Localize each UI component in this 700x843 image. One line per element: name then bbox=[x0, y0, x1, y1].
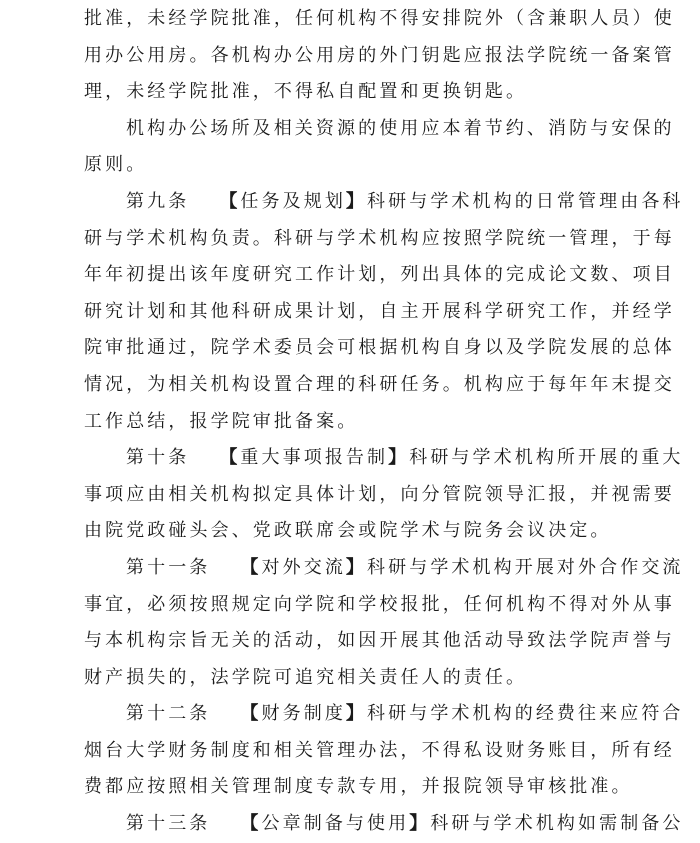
article-13: 第十三条【公章制备与使用】科研与学术机构如需制备公 bbox=[84, 806, 620, 843]
bracket-open: 【 bbox=[219, 191, 240, 212]
article-number: 第十条 bbox=[126, 447, 189, 468]
article-title: 重大事项报告制 bbox=[240, 447, 388, 468]
bracket-close: 】 bbox=[346, 703, 367, 724]
article-title: 任务及规划 bbox=[240, 191, 346, 212]
bracket-open: 【 bbox=[219, 447, 240, 468]
article-text: 科研与学术机构开展对外合作交流 bbox=[367, 557, 684, 578]
text-line: 研与学术机构负责。科研与学术机构应按照学院统一管理，于每 bbox=[84, 221, 620, 258]
article-title: 公章制备与使用 bbox=[262, 813, 410, 834]
article-title: 财务制度 bbox=[262, 703, 346, 724]
text-line: 与本机构宗旨无关的活动，如因开展其他活动导致法学院声誉与 bbox=[84, 623, 620, 660]
article-number: 第十三条 bbox=[126, 813, 210, 834]
bracket-open: 【 bbox=[240, 557, 261, 578]
text-line: 院审批通过，院学术委员会可根据机构自身以及学院发展的总体 bbox=[84, 330, 620, 367]
article-number: 第九条 bbox=[126, 191, 189, 212]
article-number: 第十二条 bbox=[126, 703, 210, 724]
text-line: 财产损失的，法学院可追究相关责任人的责任。 bbox=[84, 660, 620, 697]
bracket-open: 【 bbox=[240, 813, 261, 834]
text-line: 年年初提出该年度研究工作计划，列出具体的完成论文数、项目 bbox=[84, 257, 620, 294]
text-line: 情况，为相关机构设置合理的科研任务。机构应于每年年末提交 bbox=[84, 367, 620, 404]
article-title: 对外交流 bbox=[262, 557, 346, 578]
bracket-close: 】 bbox=[346, 557, 367, 578]
article-heading-line: 第九条【任务及规划】科研与学术机构的日常管理由各科 bbox=[84, 184, 620, 221]
bracket-close: 】 bbox=[388, 447, 409, 468]
article-heading-line: 第十条【重大事项报告制】科研与学术机构所开展的重大 bbox=[84, 440, 620, 477]
text-line: 用办公用房。各机构办公用房的外门钥匙应报法学院统一备案管 bbox=[84, 38, 620, 75]
article-number: 第十一条 bbox=[126, 557, 210, 578]
text-line: 烟台大学财务制度和相关管理办法，不得私设财务账目，所有经 bbox=[84, 733, 620, 770]
text-line: 研究计划和其他科研成果计划，自主开展科学研究工作，并经学 bbox=[84, 294, 620, 331]
text-line: 批准，未经学院批准，任何机构不得安排院外（含兼职人员）使 bbox=[84, 1, 620, 38]
text-line: 工作总结，报学院审批备案。 bbox=[84, 404, 620, 441]
article-text: 科研与学术机构的经费往来应符合 bbox=[367, 703, 684, 724]
article-heading-line: 第十二条【财务制度】科研与学术机构的经费往来应符合 bbox=[84, 696, 620, 733]
article-text: 科研与学术机构所开展的重大 bbox=[409, 447, 683, 468]
paragraph-office-resources: 机构办公场所及相关资源的使用应本着节约、消防与安保的 原则。 bbox=[84, 111, 620, 184]
bracket-close: 】 bbox=[409, 813, 430, 834]
article-10: 第十条【重大事项报告制】科研与学术机构所开展的重大 事项应由相关机构拟定具体计划… bbox=[84, 440, 620, 550]
text-line: 事项应由相关机构拟定具体计划，向分管院领导汇报，并视需要 bbox=[84, 477, 620, 514]
article-11: 第十一条【对外交流】科研与学术机构开展对外合作交流 事宜，必须按照规定向学院和学… bbox=[84, 550, 620, 696]
text-line: 机构办公场所及相关资源的使用应本着节约、消防与安保的 bbox=[84, 111, 620, 148]
text-line: 由院党政碰头会、党政联席会或院学术与院务会议决定。 bbox=[84, 513, 620, 550]
article-12: 第十二条【财务制度】科研与学术机构的经费往来应符合 烟台大学财务制度和相关管理办… bbox=[84, 696, 620, 806]
article-text: 科研与学术机构的日常管理由各科 bbox=[367, 191, 684, 212]
paragraph-continuation: 批准，未经学院批准，任何机构不得安排院外（含兼职人员）使 用办公用房。各机构办公… bbox=[84, 1, 620, 111]
article-heading-line: 第十一条【对外交流】科研与学术机构开展对外合作交流 bbox=[84, 550, 620, 587]
document-page: 批准，未经学院批准，任何机构不得安排院外（含兼职人员）使 用办公用房。各机构办公… bbox=[84, 1, 620, 843]
text-line: 理，未经学院批准，不得私自配置和更换钥匙。 bbox=[84, 74, 620, 111]
article-9: 第九条【任务及规划】科研与学术机构的日常管理由各科 研与学术机构负责。科研与学术… bbox=[84, 184, 620, 440]
article-heading-line: 第十三条【公章制备与使用】科研与学术机构如需制备公 bbox=[84, 806, 620, 843]
text-line: 原则。 bbox=[84, 147, 620, 184]
bracket-close: 】 bbox=[346, 191, 367, 212]
text-line: 费都应按照相关管理制度专款专用，并报院领导审核批准。 bbox=[84, 769, 620, 806]
text-line: 事宜，必须按照规定向学院和学校报批，任何机构不得对外从事 bbox=[84, 587, 620, 624]
article-text: 科研与学术机构如需制备公 bbox=[430, 813, 683, 834]
bracket-open: 【 bbox=[240, 703, 261, 724]
